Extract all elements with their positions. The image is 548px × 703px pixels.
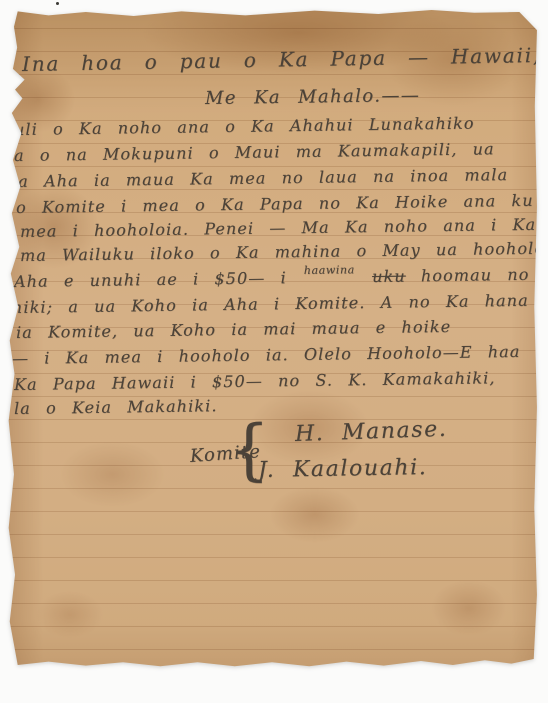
- handwritten-line: la o Keia Makahiki.: [14, 396, 218, 418]
- signature-name-2: J. Kaalouahi.: [258, 455, 428, 483]
- heading-line-2: Me Ka Mahalo.——: [205, 85, 420, 109]
- amended-line-pre: Aha e unuhi ae i $50— i: [14, 268, 287, 291]
- interlinear-insertion: haawina: [304, 263, 355, 277]
- dust-speck: [56, 2, 59, 5]
- struck-word: uku: [372, 267, 406, 286]
- amended-line-post: hoomau no S. K. Ka_: [421, 263, 548, 285]
- scanned-letter-photo: { "document": { "kind": "handwritten let…: [0, 0, 548, 703]
- letter-paper: Ina hoa o pau o Ka Papa — Hawaii, Me Ka …: [6, 6, 538, 675]
- signature-name-1: H. Manase.: [295, 417, 448, 447]
- letter-paper-wrap: Ina hoa o pau o Ka Papa — Hawaii, Me Ka …: [6, 6, 538, 675]
